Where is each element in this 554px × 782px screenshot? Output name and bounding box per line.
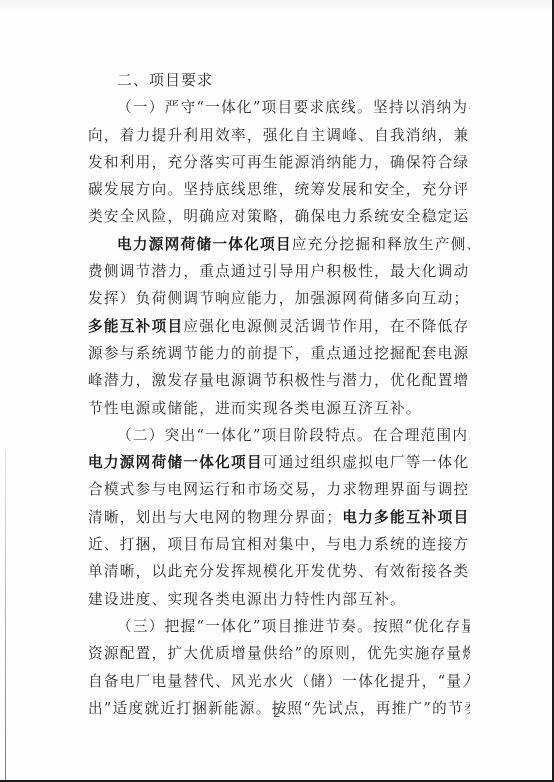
text-segment: 类安全风险，明确应对策略，确保电力系统安全稳定运行。 [88, 208, 470, 225]
text-segment: 资源配置，扩大优质增量供给”的原则，优先实施存量燃煤 [88, 645, 470, 662]
page-number: 2 [0, 706, 554, 720]
bold-term-multi-energy-end: 多能互补项目 [88, 318, 183, 335]
bold-term-source-grid-load-storage: 电力源网荷储一体化项目 [117, 236, 292, 253]
paragraph-3-line-4: 清晰，划出与大电网的物理分界面；电力多能互补项目应就 [88, 504, 470, 531]
text-segment: 碳发展方向。坚持底线思维，统筹发展和安全，充分评估各 [88, 181, 470, 198]
paragraph-1-line-5: 类安全风险，明确应对策略，确保电力系统安全稳定运行。 [88, 203, 470, 230]
text-segment: 费侧调节潜力，重点通过引导用户积极性，最大化调动（或 [88, 263, 470, 280]
document-page: 二、项目要求 （一）严守“一体化”项目要求底线。坚持以消纳为导 向，着力提升利用… [0, 0, 554, 782]
paragraph-2-line-1: 电力源网荷储一体化项目应充分挖掘和释放生产侧、消 [88, 231, 470, 258]
paragraph-3-line-1: （二）突出“一体化”项目阶段特点。在合理范围内， [88, 422, 470, 449]
text-segment: 应就 [469, 509, 470, 526]
text-segment: 节性电源或储能，进而实现各类电源互济互补。 [88, 400, 422, 417]
paragraph-1-line-2: 向，着力提升利用效率，强化自主调峰、自我消纳，兼顾开 [88, 122, 470, 149]
paragraph-3-line-6: 单清晰，以此充分发挥规模化开发优势、有效衔接各类电源 [88, 558, 470, 585]
text-segment: 清晰，划出与大电网的物理分界面； [88, 509, 342, 526]
page-left-edge [5, 450, 6, 780]
paragraph-1-line-1: （一）严守“一体化”项目要求底线。坚持以消纳为导 [88, 94, 470, 121]
text-segment: （二）突出“一体化”项目阶段特点。在合理范围内， [117, 427, 470, 444]
text-segment: 应充分挖掘和释放生产侧、消 [292, 236, 470, 253]
text-segment: 发挥）负荷侧调节响应能力，加强源网荷储多向互动； [88, 290, 469, 307]
paragraph-4-line-3: 自备电厂电量替代、风光水火（储）一体化提升，“量入而 [88, 668, 470, 695]
text-segment: 近、打捆，项目布局宜相对集中，与电力系统的连接方式简 [88, 536, 470, 553]
paragraph-2-line-6: 峰潜力，激发存量电源调节积极性与潜力，优化配置增量调 [88, 367, 470, 394]
bold-term-source-grid-load-storage: 电力源网荷储一体化项目 [88, 454, 263, 471]
paragraph-1-line-4: 碳发展方向。坚持底线思维，统筹发展和安全，充分评估各 [88, 176, 470, 203]
text-segment: 建设进度、实现各类电源出力特性内部互补。 [88, 591, 406, 608]
paragraph-3-line-5: 近、打捆，项目布局宜相对集中，与电力系统的连接方式简 [88, 531, 470, 558]
text-segment: （三）把握“一体化”项目推进节奏。按照“优化存量 [117, 618, 470, 635]
text-segment: 峰潜力，激发存量电源调节积极性与潜力，优化配置增量调 [88, 372, 470, 389]
text-segment: 发和利用，充分落实可再生能源消纳能力，确保符合绿色低 [88, 154, 470, 171]
paragraph-1-line-3: 发和利用，充分落实可再生能源消纳能力，确保符合绿色低 [88, 149, 470, 176]
paragraph-2-line-5: 源参与系统调节能力的前提下，重点通过挖掘配套电源的调 [88, 340, 470, 367]
paragraph-4-line-2: 资源配置，扩大优质增量供给”的原则，优先实施存量燃煤 [88, 640, 470, 667]
text-segment: 应强化电源侧灵活调节作用，在不降低存量电 [183, 318, 470, 335]
bold-term-multi-energy-start: 电力 [469, 290, 470, 307]
text-segment: 源参与系统调节能力的前提下，重点通过挖掘配套电源的调 [88, 345, 470, 362]
text-segment: 单清晰，以此充分发挥规模化开发优势、有效衔接各类电源 [88, 563, 470, 580]
text-segment: 合模式参与电网运行和市场交易，力求物理界面与调控关系 [88, 481, 470, 498]
bold-term-multi-energy: 电力多能互补项目 [342, 509, 469, 526]
paragraph-3-line-3: 合模式参与电网运行和市场交易，力求物理界面与调控关系 [88, 476, 470, 503]
paragraph-2-line-4: 多能互补项目应强化电源侧灵活调节作用，在不降低存量电 [88, 313, 470, 340]
text-segment: 向，着力提升利用效率，强化自主调峰、自我消纳，兼顾开 [88, 127, 470, 144]
text-segment: （一）严守“一体化”项目要求底线。坚持以消纳为导 [117, 99, 470, 116]
paragraph-2-line-3: 发挥）负荷侧调节响应能力，加强源网荷储多向互动；电力 [88, 285, 470, 312]
paragraph-3-line-2: 电力源网荷储一体化项目可通过组织虚拟电厂等一体化聚 [88, 449, 470, 476]
paragraph-2-line-2: 费侧调节潜力，重点通过引导用户积极性，最大化调动（或 [88, 258, 470, 285]
paragraph-4-line-1: （三）把握“一体化”项目推进节奏。按照“优化存量 [88, 613, 470, 640]
text-segment: 自备电厂电量替代、风光水火（储）一体化提升，“量入而 [88, 673, 470, 690]
text-segment: 可通过组织虚拟电厂等一体化聚 [263, 454, 470, 471]
scan-top-shadow [0, 0, 554, 14]
document-body: 二、项目要求 （一）严守“一体化”项目要求底线。坚持以消纳为导 向，着力提升利用… [88, 67, 470, 722]
section-heading: 二、项目要求 [88, 67, 470, 94]
paragraph-3-line-7: 建设进度、实现各类电源出力特性内部互补。 [88, 586, 470, 613]
paragraph-2-line-7: 节性电源或储能，进而实现各类电源互济互补。 [88, 395, 470, 422]
